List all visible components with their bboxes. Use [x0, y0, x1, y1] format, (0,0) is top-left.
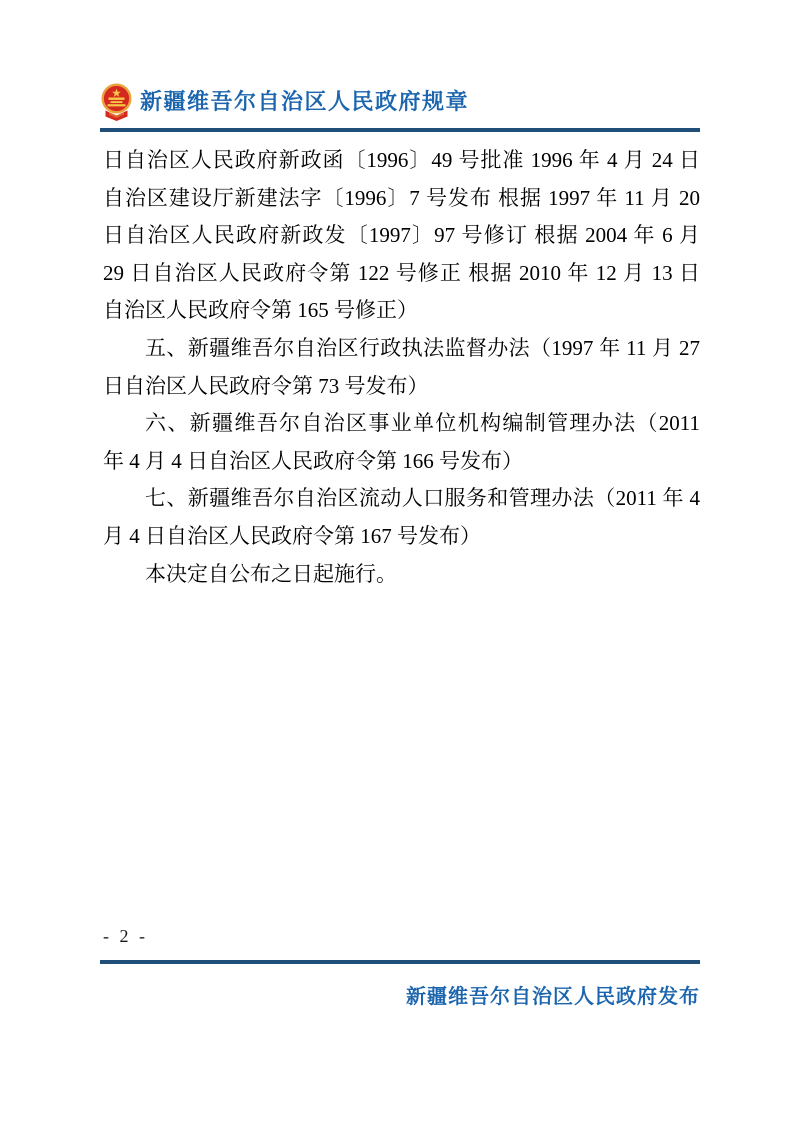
header-divider-rule — [100, 128, 700, 132]
body-line: 日自治区人民政府令第 73 号发布） — [103, 368, 700, 406]
national-emblem-icon — [100, 83, 133, 121]
body-line: 本决定自公布之日起施行。 — [103, 556, 700, 594]
document-body: 日自治区人民政府新政函〔1996〕49 号批准 1996 年 4 月 24 日 … — [103, 142, 700, 593]
body-line: 自治区人民政府令第 165 号修正） — [103, 292, 700, 330]
body-line: 月 4 日自治区人民政府令第 167 号发布） — [103, 518, 700, 556]
body-line: 五、新疆维吾尔自治区行政执法监督办法（1997 年 11 月 27 — [103, 330, 700, 368]
document-series-title: 新疆维吾尔自治区人民政府规章 — [140, 83, 469, 121]
body-line: 六、新疆维吾尔自治区事业单位机构编制管理办法（2011 — [103, 405, 700, 443]
body-line: 七、新疆维吾尔自治区流动人口服务和管理办法（2011 年 4 — [103, 480, 700, 518]
body-line: 自治区建设厅新建法字〔1996〕7 号发布 根据 1997 年 11 月 20 — [103, 180, 700, 218]
body-line: 日自治区人民政府新政发〔1997〕97 号修订 根据 2004 年 6 月 — [103, 217, 700, 255]
document-header: 新疆维吾尔自治区人民政府规章 — [100, 83, 700, 121]
body-line: 29 日自治区人民政府令第 122 号修正 根据 2010 年 12 月 13 … — [103, 255, 700, 293]
publisher-label: 新疆维吾尔自治区人民政府发布 — [406, 980, 700, 1009]
body-line: 日自治区人民政府新政函〔1996〕49 号批准 1996 年 4 月 24 日 — [103, 142, 700, 180]
document-page: 新疆维吾尔自治区人民政府规章 日自治区人民政府新政函〔1996〕49 号批准 1… — [0, 0, 793, 1122]
page-number: - 2 - — [103, 926, 148, 947]
footer-divider-rule — [100, 960, 700, 964]
body-line: 年 4 月 4 日自治区人民政府令第 166 号发布） — [103, 443, 700, 481]
